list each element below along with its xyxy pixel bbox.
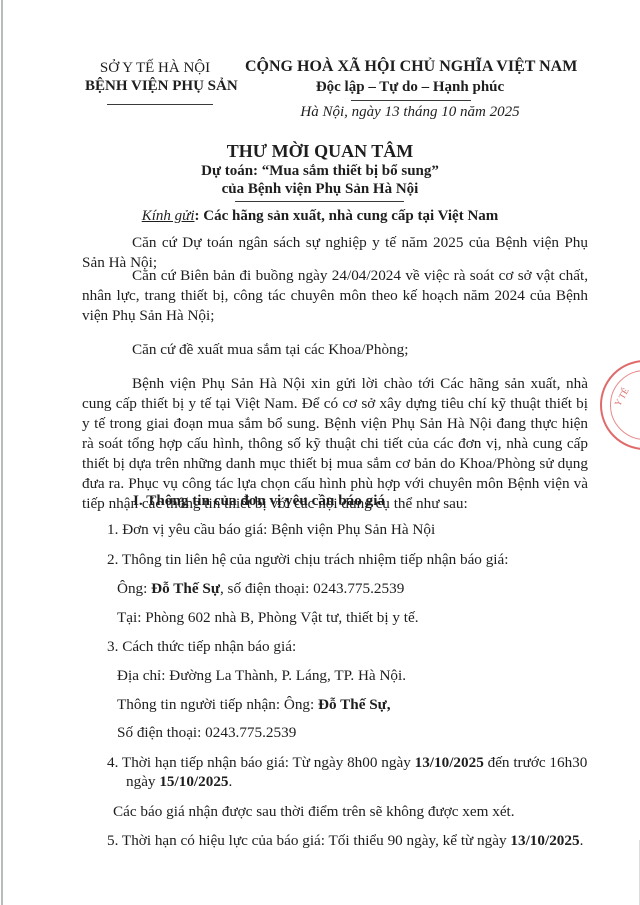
stamp-inner-ring bbox=[610, 370, 640, 440]
list-item-1: 1. Đơn vị yêu cầu báo giá: Bệnh viện Phụ… bbox=[107, 521, 435, 539]
list-item-4: 4. Thời hạn tiếp nhận báo giá: Từ ngày 8… bbox=[107, 754, 587, 772]
receiver-prefix: Thông tin người tiếp nhận: Ông: bbox=[117, 696, 318, 713]
deadline-start-date: 13/10/2025 bbox=[415, 754, 484, 771]
validity-date: 13/10/2025 bbox=[510, 832, 579, 849]
deadline-prefix: 4. Thời hạn tiếp nhận báo giá: Từ ngày 8… bbox=[107, 754, 415, 771]
document-subtitle: Dự toán: “Mua sắm thiết bị bổ sung” bbox=[0, 163, 640, 180]
section-heading: I. Thông tin của đơn vị yêu cầu báo giá bbox=[133, 492, 385, 510]
list-item-4-cont: ngày 15/10/2025. bbox=[126, 773, 232, 791]
title-underline bbox=[235, 201, 404, 202]
contact-prefix: Ông: bbox=[117, 580, 151, 597]
receiver-name: Đỗ Thế Sự, bbox=[318, 696, 391, 713]
recipient-line: Kính gửi: Các hãng sản xuất, nhà cung cấ… bbox=[0, 208, 640, 225]
deadline-line2-prefix: ngày bbox=[126, 773, 159, 790]
deadline-note: Các báo giá nhận được sau thời điểm trên… bbox=[113, 803, 515, 821]
receiver-line: Thông tin người tiếp nhận: Ông: Đỗ Thế S… bbox=[117, 696, 391, 714]
recipient-text: : Các hãng sản xuất, nhà cung cấp tại Vi… bbox=[195, 208, 499, 224]
motto-underline bbox=[351, 100, 471, 101]
validity-suffix: . bbox=[580, 832, 584, 849]
deadline-line2-suffix: . bbox=[229, 773, 233, 790]
contact-line: Ông: Đỗ Thế Sự, số điện thoại: 0243.775.… bbox=[117, 580, 404, 598]
contact-location: Tại: Phòng 602 nhà B, Phòng Vật tư, thiế… bbox=[117, 609, 419, 627]
deadline-end-date: 15/10/2025 bbox=[159, 773, 228, 790]
list-item-3: 3. Cách thức tiếp nhận báo giá: bbox=[107, 638, 296, 656]
deadline-mid: đến trước 16h30 bbox=[484, 754, 588, 771]
receiving-address: Địa chỉ: Đường La Thành, P. Láng, TP. Hà… bbox=[117, 667, 406, 685]
receiver-phone: Số điện thoại: 0243.775.2539 bbox=[117, 724, 296, 742]
contact-name: Đỗ Thế Sự bbox=[151, 580, 220, 597]
paragraph-3: Căn cứ đề xuất mua sắm tại các Khoa/Phòn… bbox=[82, 340, 588, 360]
document-title: THƯ MỜI QUAN TÂM bbox=[0, 141, 640, 162]
contact-phone: , số điện thoại: 0243.775.2539 bbox=[220, 580, 404, 597]
official-stamp: Y TẾ bbox=[600, 360, 640, 450]
nation-title: CỘNG HOÀ XÃ HỘI CHỦ NGHĨA VIỆT NAM bbox=[245, 58, 575, 76]
validity-prefix: 5. Thời hạn có hiệu lực của báo giá: Tối… bbox=[107, 832, 510, 849]
document-subtitle-2: của Bệnh viện Phụ Sản Hà Nội bbox=[0, 181, 640, 198]
agency-name: SỞ Y TẾ HÀ NỘI bbox=[85, 60, 225, 77]
list-item-2: 2. Thông tin liên hệ của người chịu trác… bbox=[107, 551, 508, 569]
paragraph-2: Căn cứ Biên bản đi buồng ngày 24/04/2024… bbox=[82, 266, 588, 326]
nation-motto: Độc lập – Tự do – Hạnh phúc bbox=[245, 79, 575, 96]
page-edge-left bbox=[1, 0, 3, 905]
agency-underline bbox=[107, 104, 213, 105]
recipient-label: Kính gửi bbox=[142, 208, 195, 224]
hospital-name: BỆNH VIỆN PHỤ SẢN bbox=[85, 78, 225, 95]
list-item-5: 5. Thời hạn có hiệu lực của báo giá: Tối… bbox=[107, 832, 583, 850]
document-date: Hà Nội, ngày 13 tháng 10 năm 2025 bbox=[245, 104, 575, 121]
